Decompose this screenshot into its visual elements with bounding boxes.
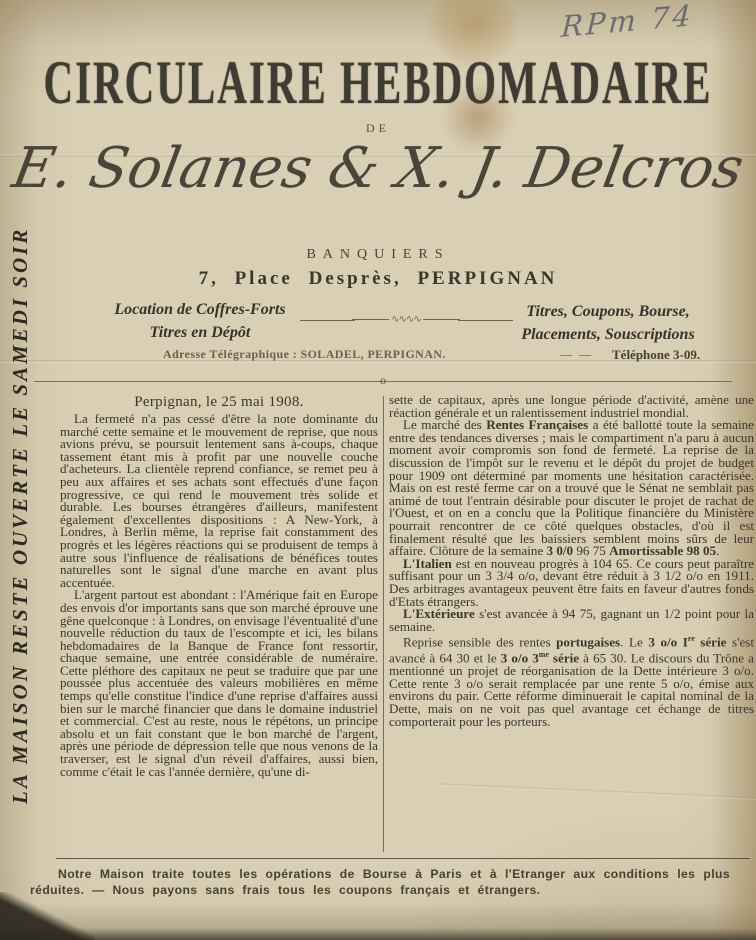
paragraph: sette de capitaux, après une longue péri… [389,394,754,419]
service-right-line1: Titres, Coupons, Bourse, [462,300,754,323]
service-left-line1: Location de Coffres-Forts [40,298,360,321]
footer-note: Notre Maison traite toutes les opération… [30,866,730,898]
paragraph: La fermeté n'a pas cessé d'être la note … [60,413,378,589]
section-divider: o [34,381,732,382]
right-paragraphs: sette de capitaux, après une longue péri… [389,394,754,728]
footer-rule [56,858,750,859]
paragraph: L'Extérieure s'est avancée à 94 75, gagn… [389,608,754,633]
document-page: RPm 74 CIRCULAIRE HEBDOMADAIRE DE E. Sol… [0,0,756,940]
paragraph: Le marché des Rentes Françaises a été ba… [389,419,754,558]
scan-bottom-edge [0,928,756,940]
ornament-divider: ∿∿∿∿ [352,314,460,325]
divider-o-mark: o [377,373,389,388]
dateline: Perpignan, le 25 mai 1908. [60,394,378,410]
right-column: sette de capitaux, après une longue péri… [389,394,754,858]
scroll-ornament-icon: ∿∿∿∿ [389,314,423,325]
paragraph: Reprise sensible des rentes portugaises.… [389,633,754,728]
newsletter-title: CIRCULAIRE HEBDOMADAIRE [0,46,756,118]
services-left: Location de Coffres-Forts Titres en Dépô… [40,298,360,344]
dash-separator: — — [560,347,593,362]
left-paragraphs: La fermeté n'a pas cessé d'être la note … [60,413,378,778]
services-right: Titres, Coupons, Bourse, Placements, Sou… [462,300,754,346]
contact-row: Adresse Télégraphique : SOLADEL, PERPIGN… [0,347,756,367]
profession-label: BANQUIERS [0,247,756,263]
firm-signature: E. Solanes & X. J. Delcros [0,136,756,201]
handwritten-mark: RPm 74 [560,0,694,44]
service-left-line2: Titres en Dépôt [40,321,360,344]
article-body: Perpignan, le 25 mai 1908. La fermeté n'… [60,394,754,858]
column-divider [383,396,384,852]
scan-corner-shadow [0,892,95,940]
subtitle-de: DE [0,121,756,136]
sidebar-vertical-note: LA MAISON RESTE OUVERTE LE SAMEDI SOIR [8,282,33,804]
left-column: Perpignan, le 25 mai 1908. La fermeté n'… [60,394,378,858]
telegraph-address: Adresse Télégraphique : SOLADEL, PERPIGN… [163,347,446,362]
telephone-number: Téléphone 3-09. [612,347,700,363]
paragraph: L'argent partout est abondant : l'Amériq… [60,589,378,778]
ornament-rule-left [300,320,355,321]
paragraph: L'Italien est en nouveau progrès à 104 6… [389,558,754,608]
service-right-line2: Placements, Souscriptions [462,323,754,346]
address-line: 7, Place Desprès, PERPIGNAN [0,268,756,290]
